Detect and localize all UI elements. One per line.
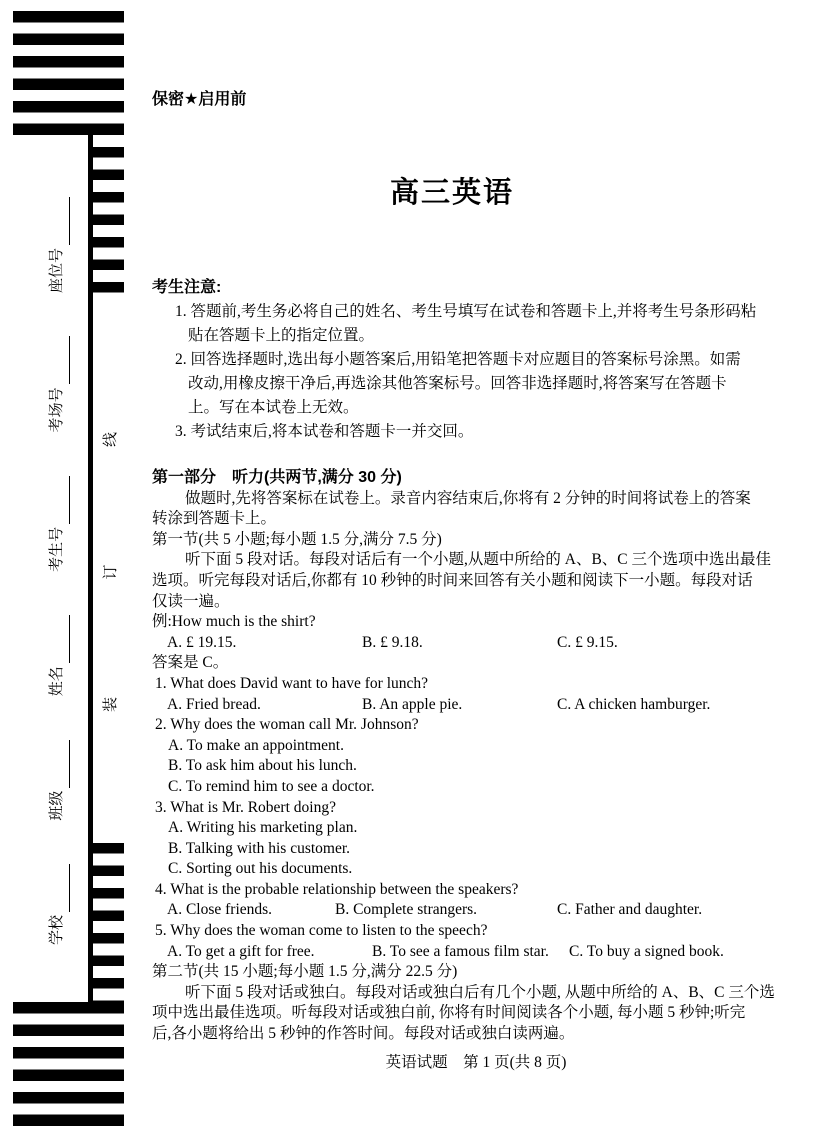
body-line: 仅读一遍。 — [152, 592, 802, 613]
question-1: 1. What does David want to have for lunc… — [152, 674, 802, 695]
option-b: B. To see a famous film star. — [372, 942, 549, 963]
page-footer: 英语试题 第 1 页(共 8 页) — [152, 1050, 800, 1072]
section1-heading: 第一部分 听力(共两节,满分 30 分) — [152, 468, 802, 489]
question-5: 5. Why does the woman come to listen to … — [152, 921, 802, 942]
notice-line: 2. 回答选择题时,选出每小题答案后,用铅笔把答题卡对应题目的答案标号涂黑。如需 — [152, 348, 802, 372]
part2-heading: 第二节(共 15 小题;每小题 1.5 分,满分 22.5 分) — [152, 962, 802, 983]
field-room-number-blank — [67, 336, 70, 384]
notice-line: 贴在答题卡上的指定位置。 — [152, 324, 802, 348]
question-4: 4. What is the probable relationship bet… — [152, 880, 802, 901]
field-seat-number: 座位号 — [45, 197, 66, 293]
binding-char-ding: 订 — [99, 565, 117, 580]
body-line: 做题时,先将答案标在试卷上。录音内容结束后,你将有 2 分钟的时间将试卷上的答案 — [152, 489, 802, 510]
question-3-option-c: C. Sorting out his documents. — [152, 859, 802, 880]
example-answer: 答案是 C。 — [152, 653, 802, 674]
binding-char-xian: 线 — [99, 432, 117, 447]
question-3-option-b: B. Talking with his customer. — [152, 839, 802, 860]
field-class-label: 班级 — [45, 791, 66, 821]
notice-line: 改动,用橡皮擦干净后,再选涂其他答案标号。回答非选择题时,将答案写在答题卡 — [152, 372, 802, 396]
field-candidate-number: 考生号 — [45, 476, 66, 572]
secrecy-label: 保密★启用前 — [152, 86, 246, 109]
example-question: 例:How much is the shirt? — [152, 612, 802, 633]
listening-section: 第一部分 听力(共两节,满分 30 分) 做题时,先将答案标在试卷上。录音内容结… — [152, 468, 802, 1045]
option-a: A. £ 19.15. — [167, 633, 236, 654]
option-a: A. Fried bread. — [167, 695, 261, 716]
notice-title: 考生注意: — [152, 276, 802, 300]
body-line: 项中选出最佳选项。听每段对话或独白前, 你将有时间阅读各个小题, 每小题 5 秒… — [152, 1003, 802, 1024]
field-name-label: 姓名 — [45, 666, 66, 696]
option-a: A. Close friends. — [167, 900, 272, 921]
option-c: C. To buy a signed book. — [569, 942, 724, 963]
student-info-strip: 学校 班级 姓名 考生号 考场号 座位号 — [36, 197, 66, 945]
option-b: B. An apple pie. — [362, 695, 462, 716]
question-3-option-a: A. Writing his marketing plan. — [152, 818, 802, 839]
field-candidate-number-blank — [67, 476, 70, 524]
option-c: C. A chicken hamburger. — [557, 695, 710, 716]
question-3: 3. What is Mr. Robert doing? — [152, 798, 802, 819]
question-2-option-c: C. To remind him to see a doctor. — [152, 777, 802, 798]
barcode-bars-bottom-narrow — [93, 843, 124, 1003]
question-2: 2. Why does the woman call Mr. Johnson? — [152, 715, 802, 736]
binding-text: 装 订 线 — [99, 432, 117, 712]
body-line: 后,各小题将给出 5 秒钟的作答时间。每段对话或独白读两遍。 — [152, 1024, 802, 1045]
notice-block: 考生注意: 1. 答题前,考生务必将自己的姓名、考生号填写在试卷和答题卡上,并将… — [152, 276, 802, 444]
binding-char-zhuang: 装 — [99, 697, 117, 712]
barcode-bars-top-narrow — [93, 135, 124, 295]
body-line: 听下面 5 段对话。每段对话后有一个小题,从题中所给的 A、B、C 三个选项中选… — [152, 550, 802, 571]
body-line: 转涂到答题卡上。 — [152, 509, 802, 530]
option-b: B. £ 9.18. — [362, 633, 423, 654]
part1-heading: 第一节(共 5 小题;每小题 1.5 分,满分 7.5 分) — [152, 530, 802, 551]
field-candidate-number-label: 考生号 — [45, 527, 66, 572]
field-name-blank — [67, 615, 70, 663]
exam-paper-page: 学校 班级 姓名 考生号 考场号 座位号 装 订 线 保密★启用前 高三英语 考… — [0, 0, 815, 1137]
question-2-option-a: A. To make an appointment. — [152, 736, 802, 757]
exam-title: 高三英语 — [152, 170, 752, 211]
field-room-number-label: 考场号 — [45, 387, 66, 432]
body-line: 听下面 5 段对话或独白。每段对话或独白后有几个小题, 从题中所给的 A、B、C… — [152, 983, 802, 1004]
option-c: C. £ 9.15. — [557, 633, 618, 654]
notice-line: 1. 答题前,考生务必将自己的姓名、考生号填写在试卷和答题卡上,并将考生号条形码… — [152, 300, 802, 324]
question-4-options: A. Close friends. B. Complete strangers.… — [152, 900, 802, 921]
field-school: 学校 — [45, 864, 66, 945]
field-school-blank — [67, 864, 70, 912]
field-class: 班级 — [45, 740, 66, 821]
question-5-options: A. To get a gift for free. B. To see a f… — [152, 942, 802, 963]
field-room-number: 考场号 — [45, 336, 66, 432]
option-b: B. Complete strangers. — [335, 900, 477, 921]
field-school-label: 学校 — [45, 915, 66, 945]
option-c: C. Father and daughter. — [557, 900, 702, 921]
question-1-options: A. Fried bread. B. An apple pie. C. A ch… — [152, 695, 802, 716]
field-name: 姓名 — [45, 615, 66, 696]
notice-line: 3. 考试结束后,将本试卷和答题卡一并交回。 — [152, 420, 802, 444]
field-seat-number-blank — [67, 197, 70, 245]
field-seat-number-label: 座位号 — [45, 248, 66, 293]
example-options: A. £ 19.15. B. £ 9.18. C. £ 9.15. — [152, 633, 802, 654]
body-line: 选项。听完每段对话后,你都有 10 秒钟的时间来回答有关小题和阅读下一小题。每段… — [152, 571, 802, 592]
question-2-option-b: B. To ask him about his lunch. — [152, 756, 802, 777]
option-a: A. To get a gift for free. — [167, 942, 315, 963]
field-class-blank — [67, 740, 70, 788]
notice-line: 上。写在本试卷上无效。 — [152, 396, 802, 420]
barcode-bars-top-wide — [13, 11, 124, 135]
barcode-bars-bottom-wide — [13, 1002, 124, 1137]
